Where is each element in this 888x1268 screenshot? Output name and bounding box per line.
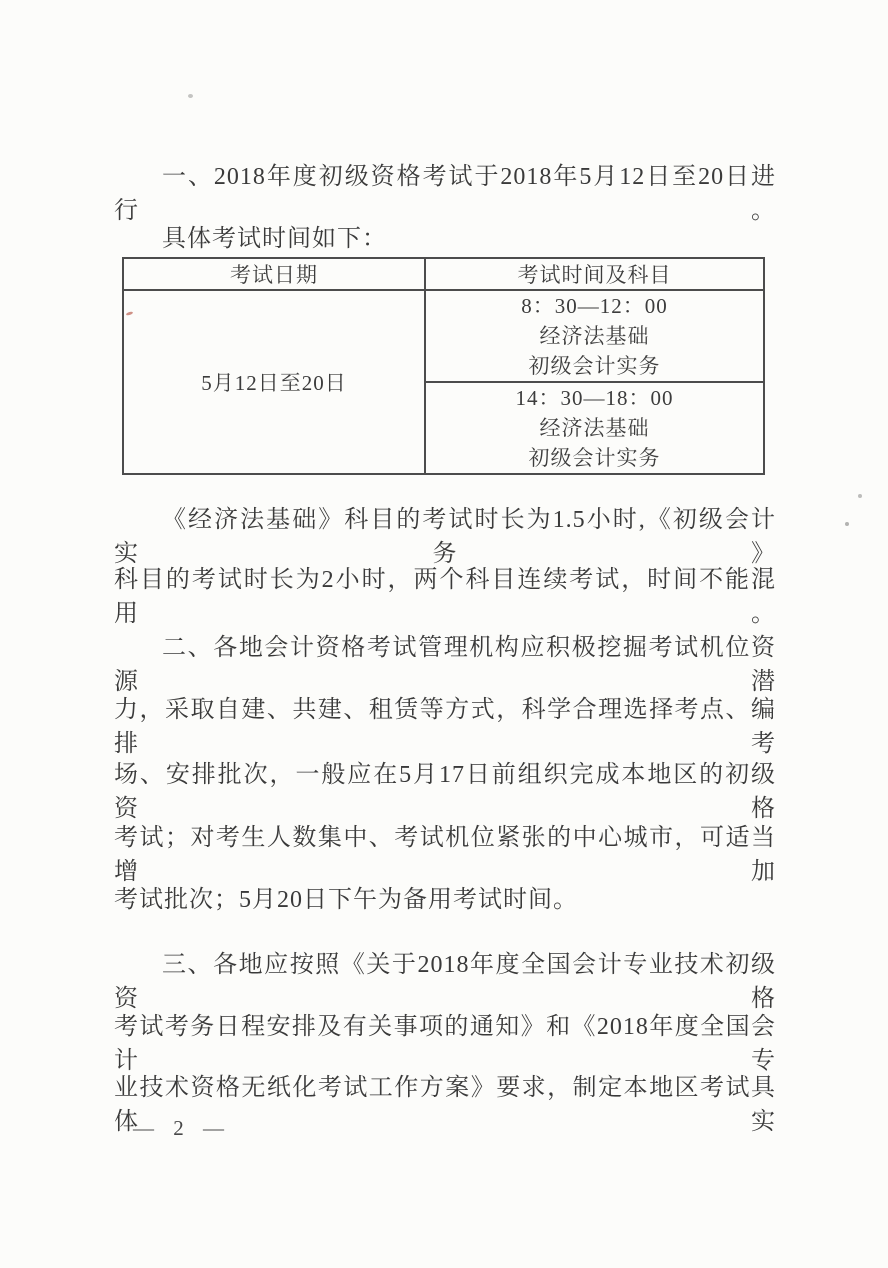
table-caption: 具体考试时间如下： <box>114 222 776 256</box>
scan-speck <box>188 94 193 98</box>
body-line: 科目的考试时长为2小时，两个科目连续考试，时间不能混用。 <box>114 563 776 597</box>
body-line: 三、各地应按照《关于2018年度全国会计专业技术初级资格 <box>114 948 776 982</box>
table-header-time-subjects: 考试时间及科目 <box>425 258 764 290</box>
table-header-row: 考试日期 考试时间及科目 <box>123 258 764 290</box>
body-line: 场、安排批次，一般应在5月17日前组织完成本地区的初级资格 <box>114 758 776 792</box>
body-line: 《经济法基础》科目的考试时长为1.5小时,《初级会计实务》 <box>114 503 776 537</box>
session-subject: 经济法基础 <box>426 413 763 443</box>
scan-speck <box>858 494 862 498</box>
body-line: 考试批次；5月20日下午为备用考试时间。 <box>114 883 776 917</box>
body-line: 业技术资格无纸化考试工作方案》要求，制定本地区考试具体实 <box>114 1071 776 1105</box>
body-line: 二、各地会计资格考试管理机构应积极挖掘考试机位资源潜 <box>114 631 776 665</box>
session-time: 8：30—12：00 <box>426 291 763 321</box>
session-subject: 初级会计实务 <box>426 443 763 473</box>
session-subject: 经济法基础 <box>426 321 763 351</box>
session-time: 14：30—18：00 <box>426 383 763 413</box>
table-row-morning: 5月12日至20日 8：30—12：00 经济法基础 初级会计实务 <box>123 290 764 382</box>
page-number: — 2 — <box>133 1112 231 1144</box>
section1-heading: 一、2018年度初级资格考试于2018年5月12日至20日进行。 <box>114 160 776 194</box>
document-page: 一、2018年度初级资格考试于2018年5月12日至20日进行。 具体考试时间如… <box>0 0 888 1268</box>
cell-morning-session: 8：30—12：00 经济法基础 初级会计实务 <box>425 290 764 382</box>
table-header-exam-date: 考试日期 <box>123 258 425 290</box>
body-line: 考试；对考生人数集中、考试机位紧张的中心城市，可适当增加 <box>114 821 776 855</box>
cell-exam-date: 5月12日至20日 <box>123 290 425 474</box>
cell-afternoon-session: 14：30—18：00 经济法基础 初级会计实务 <box>425 382 764 474</box>
scan-speck <box>845 522 849 526</box>
body-line: 考试考务日程安排及有关事项的通知》和《2018年度全国会计专 <box>114 1010 776 1044</box>
exam-schedule-table: 考试日期 考试时间及科目 5月12日至20日 8：30—12：00 经济法基础 … <box>122 257 765 475</box>
body-line: 力，采取自建、共建、租赁等方式，科学合理选择考点、编排考 <box>114 693 776 727</box>
session-subject: 初级会计实务 <box>426 351 763 381</box>
